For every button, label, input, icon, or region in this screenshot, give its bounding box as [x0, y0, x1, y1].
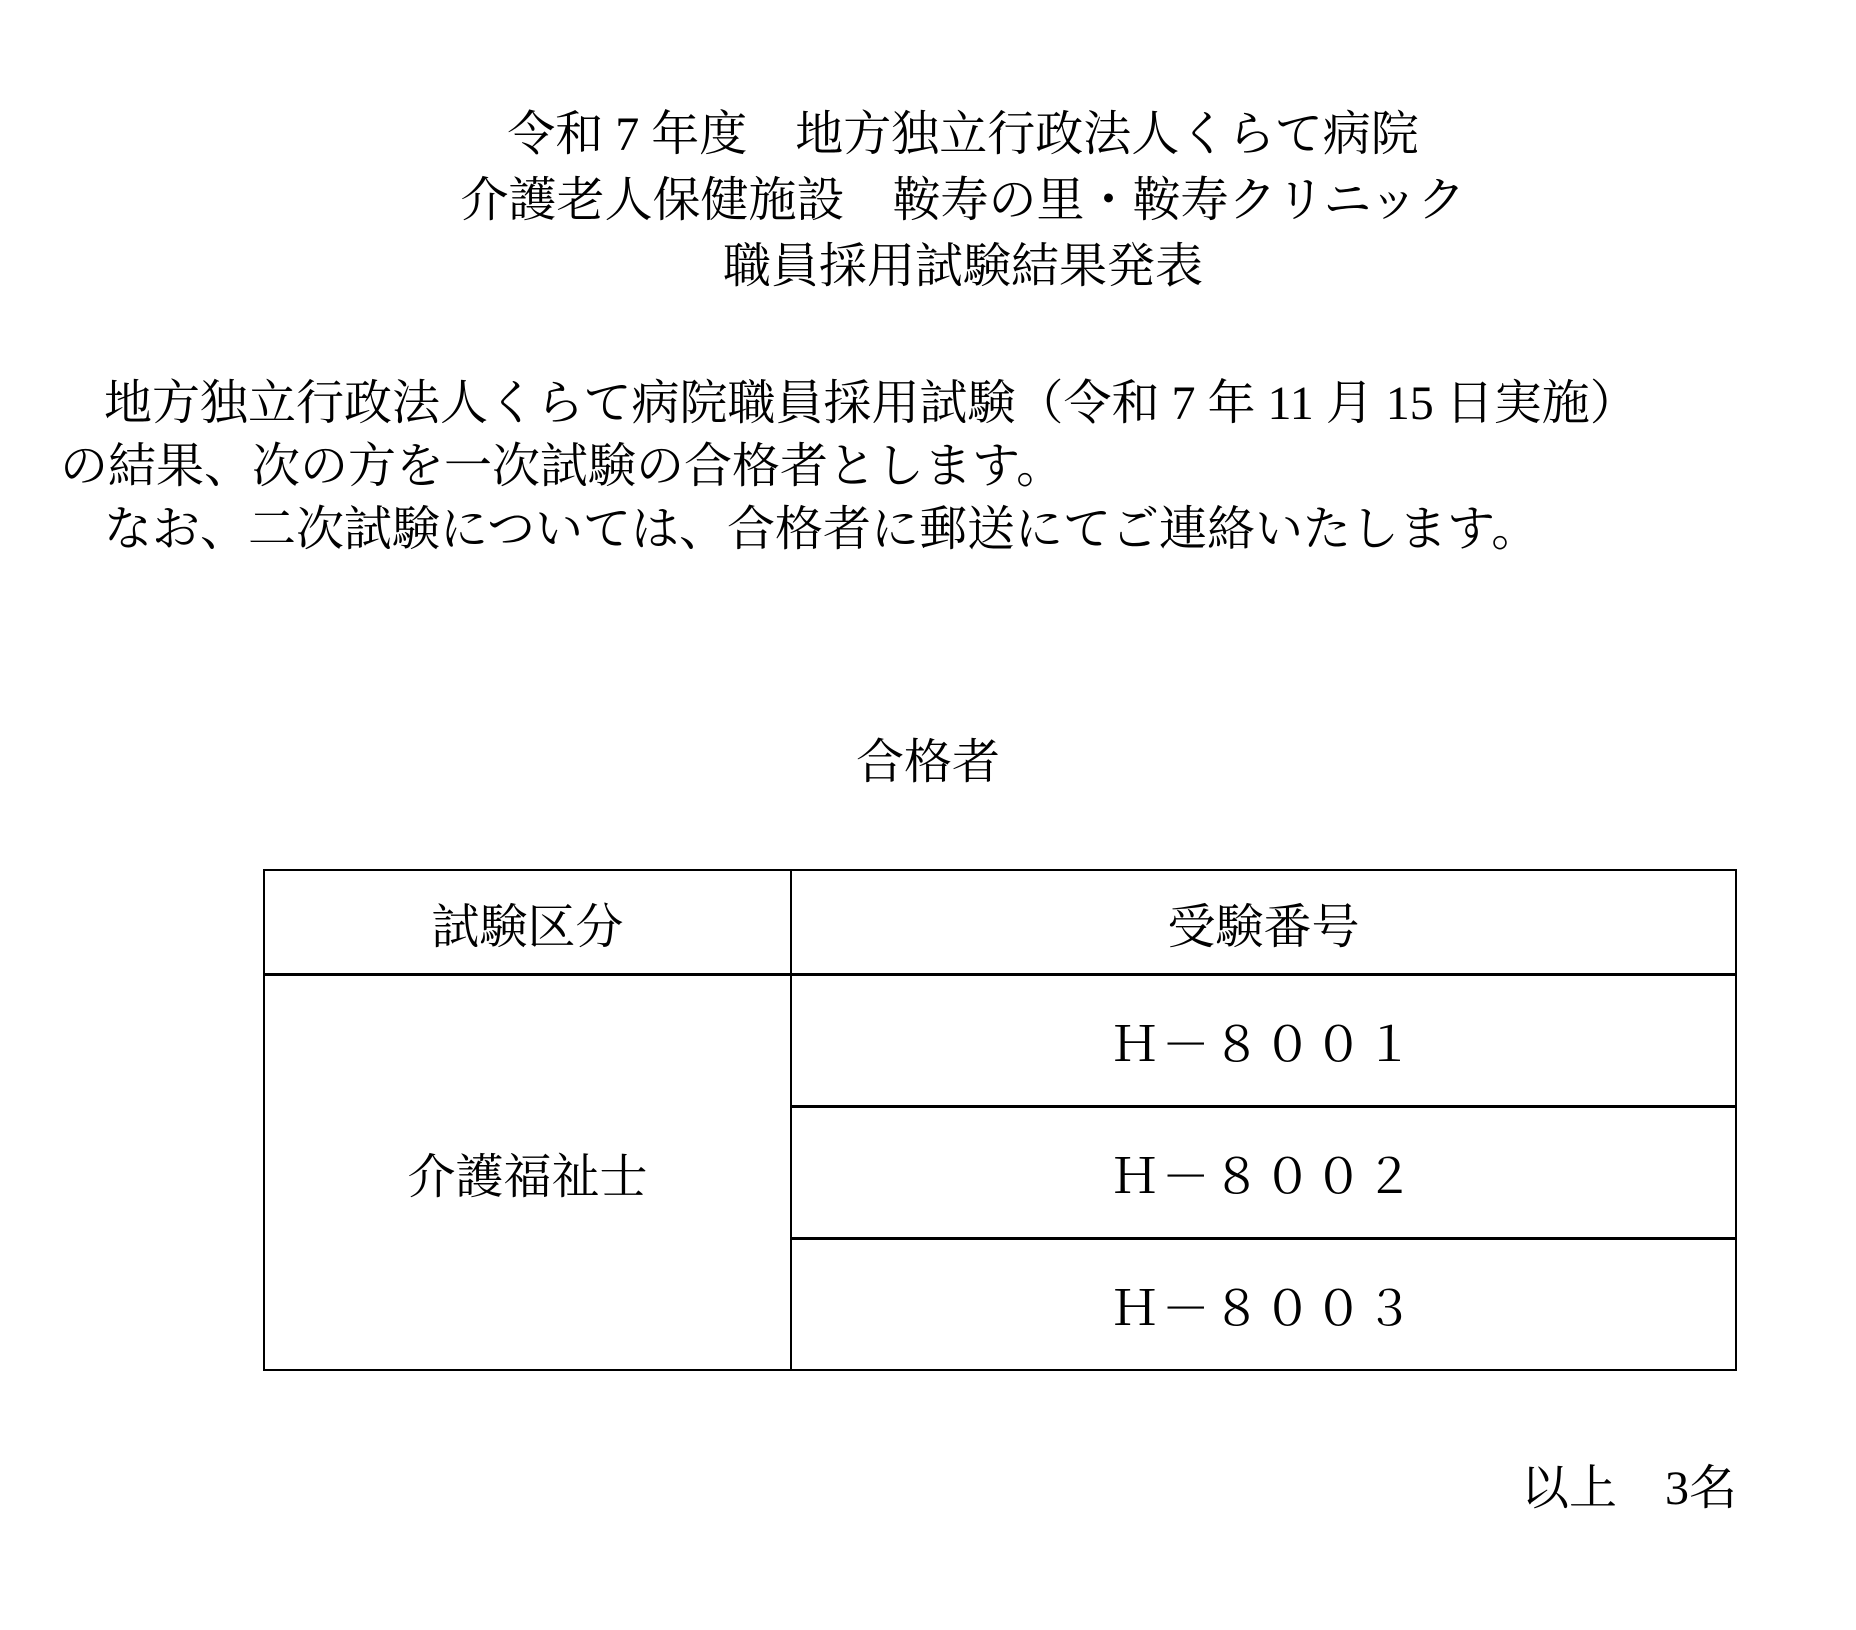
table-cell-number-3: Ｈ－８００３: [790, 1237, 1735, 1369]
table-header-examinee-number: 受験番号: [790, 871, 1735, 973]
document-title: 令和 7 年度 地方独立行政法人くらて病院 介護老人保健施設 鞍寿の里・鞍寿クリ…: [0, 0, 1856, 300]
document-page: 令和 7 年度 地方独立行政法人くらて病院 介護老人保健施設 鞍寿の里・鞍寿クリ…: [0, 0, 1856, 1630]
title-line-3: 職員採用試験結果発表: [92, 234, 1834, 300]
announcement-paragraph: 地方独立行政法人くらて病院職員採用試験（令和 7 年 11 月 15 日実施） …: [0, 372, 1856, 561]
title-line-1: 令和 7 年度 地方独立行政法人くらて病院: [92, 102, 1834, 168]
table-cell-exam-category: 介護福祉士: [265, 973, 790, 1369]
results-table: 試験区分 受験番号 介護福祉士 Ｈ－８００１ Ｈ－８００２ Ｈ－８００３: [263, 869, 1737, 1371]
total-count-note: 以上 3名: [0, 1457, 1856, 1521]
title-line-2: 介護老人保健施設 鞍寿の里・鞍寿クリニック: [92, 168, 1834, 234]
table-cell-number-1: Ｈ－８００１: [790, 973, 1735, 1105]
table-cell-number-2: Ｈ－８００２: [790, 1105, 1735, 1237]
paragraph-line-2: の結果、次の方を一次試験の合格者とします。: [60, 435, 1826, 498]
paragraph-line-1: 地方独立行政法人くらて病院職員採用試験（令和 7 年 11 月 15 日実施）: [60, 372, 1826, 435]
successful-candidates-heading: 合格者: [0, 731, 1856, 795]
paragraph-line-3: なお、二次試験については、合格者に郵送にてご連絡いたします。: [60, 498, 1826, 561]
table-header-exam-category: 試験区分: [265, 871, 790, 973]
